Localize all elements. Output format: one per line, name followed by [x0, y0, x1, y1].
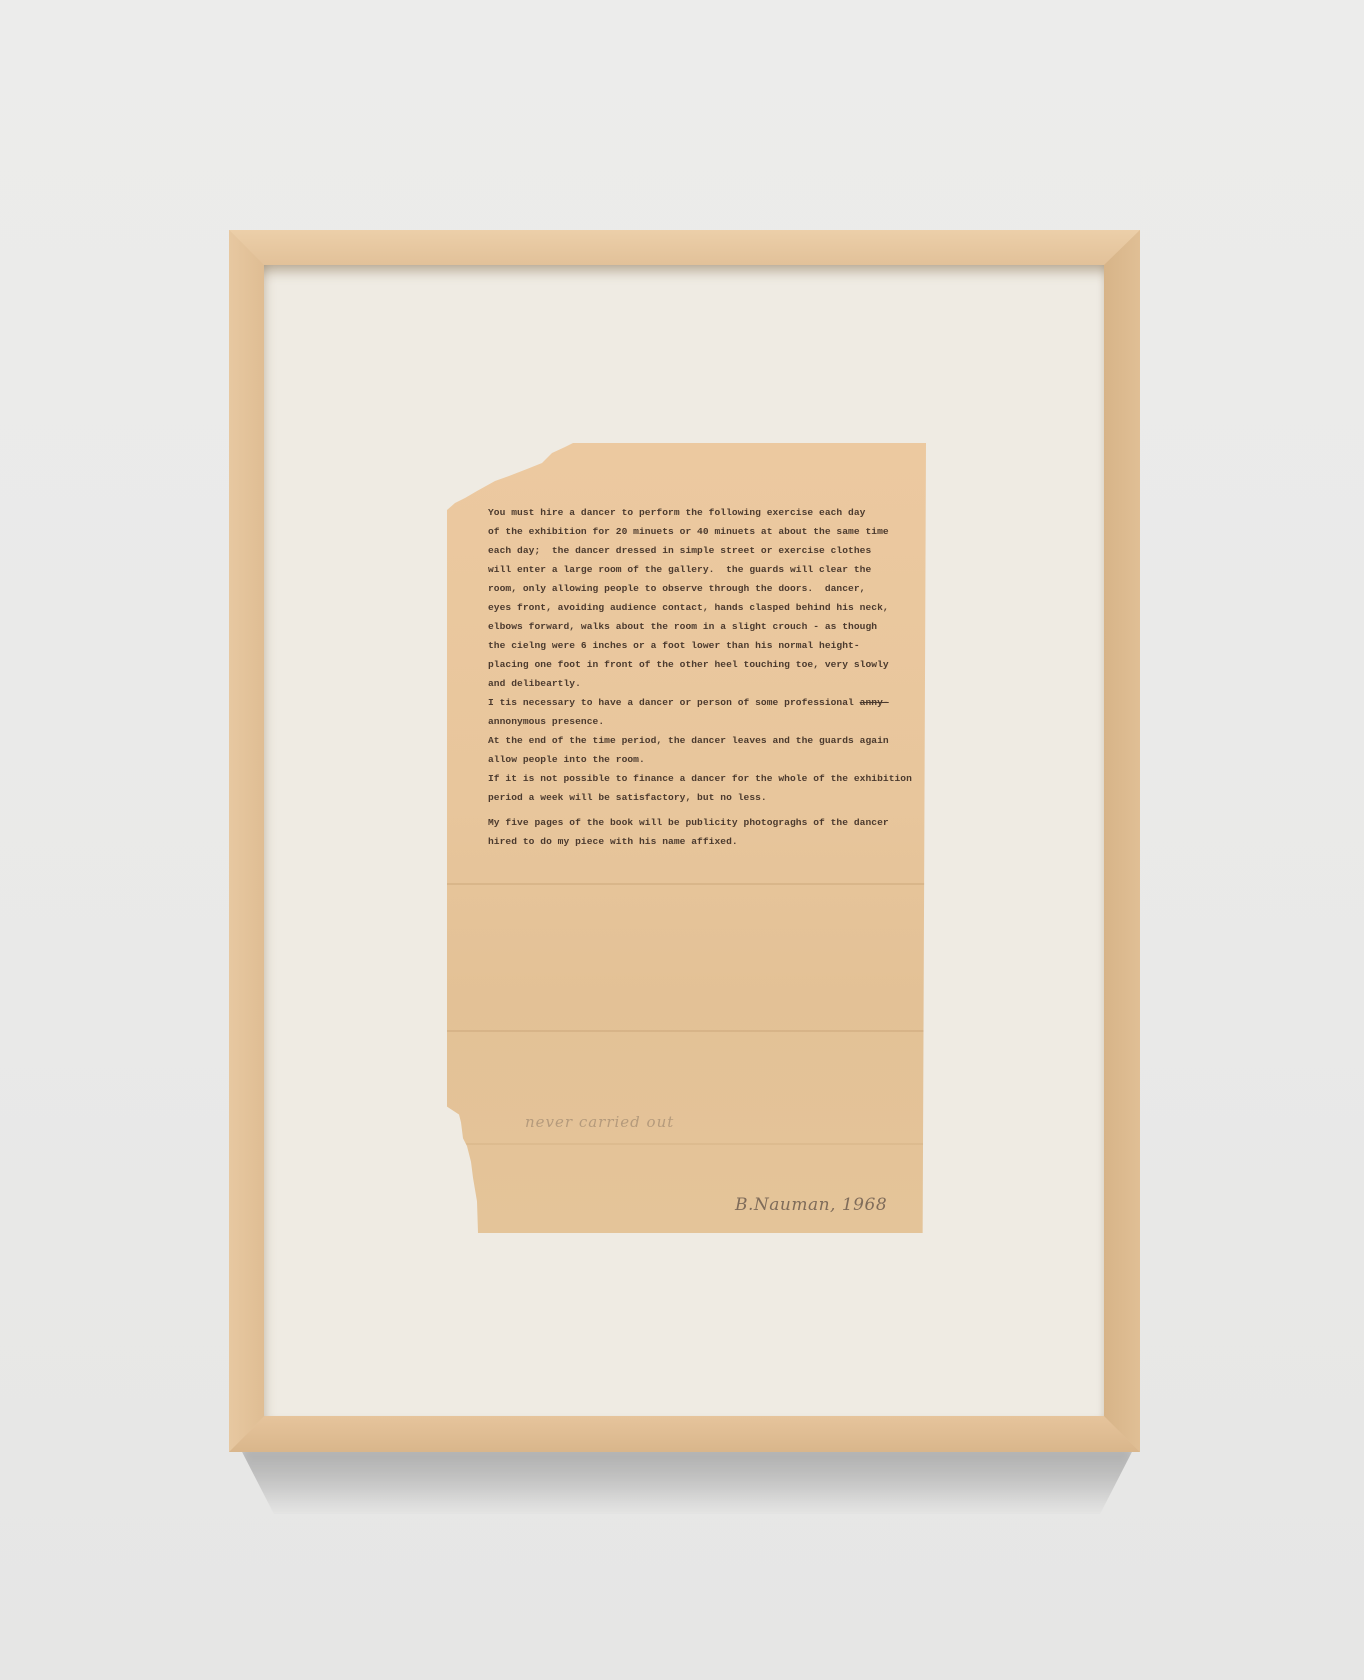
handwritten-note: never carried out — [525, 1113, 674, 1131]
typed-line: You must hire a dancer to perform the fo… — [488, 503, 918, 522]
typed-line: elbows forward, walks about the room in … — [488, 617, 918, 636]
typed-line: the cielng were 6 inches or a foot lower… — [488, 636, 918, 655]
typed-line: If it is not possible to finance a dance… — [488, 769, 918, 788]
frame-right-rail — [1104, 230, 1140, 1452]
typed-line: annonymous presence. — [488, 712, 918, 731]
struck-word: anny- — [860, 697, 889, 708]
typed-line: At the end of the time period, the dance… — [488, 731, 918, 750]
typed-line: and delibeartly. — [488, 674, 918, 693]
typed-line: period a week will be satisfactory, but … — [488, 788, 918, 807]
typed-line: each day; the dancer dressed in simple s… — [488, 541, 918, 560]
typed-line: hired to do my piece with his name affix… — [488, 832, 918, 851]
frame-left-rail — [229, 230, 264, 1452]
frame-bottom-rail — [229, 1416, 1140, 1452]
typed-line: eyes front, avoiding audience contact, h… — [488, 598, 918, 617]
typed-line: I tis necessary to have a dancer or pers… — [488, 697, 854, 708]
typed-line-with-strike: I tis necessary to have a dancer or pers… — [488, 693, 918, 712]
artist-signature: B.Nauman, 1968 — [735, 1195, 887, 1215]
frame-top-rail — [229, 230, 1140, 265]
typed-text: You must hire a dancer to perform the fo… — [488, 503, 918, 851]
typed-line: room, only allowing people to observe th… — [488, 579, 918, 598]
typed-document-sheet: You must hire a dancer to perform the fo… — [447, 443, 926, 1233]
paper-fold — [447, 1143, 926, 1145]
frame-shadow — [238, 1444, 1136, 1514]
paper-fold — [447, 883, 926, 885]
paper-fold — [447, 1030, 926, 1032]
typed-line: of the exhibition for 20 minuets or 40 m… — [488, 522, 918, 541]
typed-line: My five pages of the book will be public… — [488, 813, 918, 832]
typed-line: will enter a large room of the gallery. … — [488, 560, 918, 579]
typed-line: placing one foot in front of the other h… — [488, 655, 918, 674]
typed-line: allow people into the room. — [488, 750, 918, 769]
